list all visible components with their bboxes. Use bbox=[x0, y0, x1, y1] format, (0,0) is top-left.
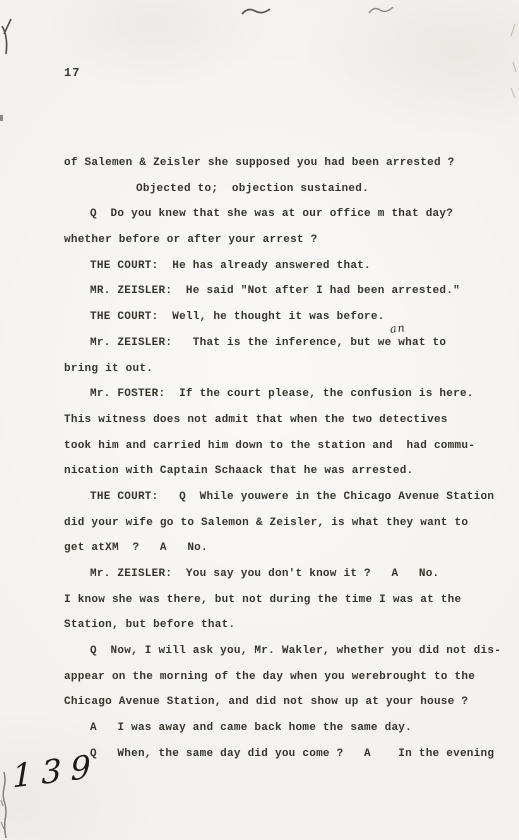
transcript-line-text: Q When, the same day did you come ? A In… bbox=[90, 748, 494, 760]
transcript-line: Mr. ZEISLER: That is the inference, but … bbox=[90, 331, 484, 357]
transcript-line: did your wife go to Salemon & Zeisler, i… bbox=[64, 511, 484, 537]
ink-faint-right-edge bbox=[505, 22, 519, 102]
transcript-line: get atXM ? A No. bbox=[64, 536, 484, 562]
transcript-line: Q Do you knew that she was at our office… bbox=[90, 202, 484, 228]
transcript-line-text: appear on the morning of the day when yo… bbox=[64, 671, 475, 683]
transcript-line-text: This witness does not admit that when th… bbox=[64, 414, 448, 426]
ink-mark-top-left bbox=[0, 18, 14, 56]
scanned-document-page: 17 of Salemen & Zeisler she supposed you… bbox=[0, 0, 519, 840]
transcript-line-text: Mr. ZEISLER: That is the inference, but … bbox=[90, 337, 446, 349]
transcript-line-text: Chicago Avenue Station, and did not show… bbox=[64, 696, 468, 708]
transcript-line: This witness does not admit that when th… bbox=[64, 408, 484, 434]
transcript-line: MR. ZEISLER: He said "Not after I had be… bbox=[90, 279, 484, 305]
transcript-line-text: THE COURT: He has already answered that. bbox=[90, 260, 371, 272]
transcript-line-text: took him and carried him down to the sta… bbox=[64, 440, 475, 452]
transcript-line: Q When, the same day did you come ? A In… bbox=[90, 742, 484, 768]
transcript-line: bring it out. bbox=[64, 357, 484, 383]
transcript-line-text: I know she was there, but not during the… bbox=[64, 594, 461, 606]
transcript-line-text: Mr. FOSTER: If the court please, the con… bbox=[90, 388, 474, 400]
ink-squiggle-top-center bbox=[241, 7, 271, 19]
handwritten-correction: an bbox=[390, 323, 407, 335]
ink-scratches-bottom-left bbox=[0, 770, 10, 840]
ink-speck-left bbox=[0, 115, 3, 121]
transcript-line: THE COURT: He has already answered that. bbox=[90, 254, 484, 280]
transcript-line: took him and carried him down to the sta… bbox=[64, 434, 484, 460]
transcript-line-text: nication with Captain Schaack that he wa… bbox=[64, 465, 413, 477]
transcript-line-text: Station, but before that. bbox=[64, 619, 235, 631]
transcript-line: nication with Captain Schaack that he wa… bbox=[64, 459, 484, 485]
transcript-line-text: Q Do you knew that she was at our office… bbox=[90, 208, 453, 220]
transcript-line: appear on the morning of the day when yo… bbox=[64, 665, 484, 691]
transcript-line: of Salemen & Zeisler she supposed you ha… bbox=[64, 151, 484, 177]
transcript-line: Q Now, I will ask you, Mr. Wakler, wheth… bbox=[90, 639, 484, 665]
transcript-line: Objected to; objection sustained. bbox=[136, 177, 484, 203]
transcript-line-text: THE COURT: Well, he thought it was befor… bbox=[90, 311, 385, 323]
transcript-line: Mr. FOSTER: If the court please, the con… bbox=[90, 382, 484, 408]
transcript-line: whether before or after your arrest ? bbox=[64, 228, 484, 254]
transcript-line-text: get atXM ? A No. bbox=[64, 542, 208, 554]
transcript-line-text: Q Now, I will ask you, Mr. Wakler, wheth… bbox=[90, 645, 501, 657]
transcript-line-text: THE COURT: Q While youwere in the Chicag… bbox=[90, 491, 494, 503]
transcript-line-text: bring it out. bbox=[64, 363, 153, 375]
page-number: 17 bbox=[64, 66, 80, 80]
transcript: of Salemen & Zeisler she supposed you ha… bbox=[64, 151, 484, 768]
transcript-line-text: of Salemen & Zeisler she supposed you ha… bbox=[64, 157, 455, 169]
transcript-line-text: whether before or after your arrest ? bbox=[64, 234, 318, 246]
transcript-line: Chicago Avenue Station, and did not show… bbox=[64, 690, 484, 716]
transcript-line-text: MR. ZEISLER: He said "Not after I had be… bbox=[90, 285, 460, 297]
transcript-line: THE COURT: Q While youwere in the Chicag… bbox=[90, 485, 484, 511]
transcript-line-text: A I was away and came back home the same… bbox=[90, 722, 412, 734]
transcript-line-text: Mr. ZEISLER: You say you don't know it ?… bbox=[90, 568, 439, 580]
transcript-line-text: Objected to; objection sustained. bbox=[136, 183, 369, 195]
transcript-line: THE COURT: Well, he thought it was befor… bbox=[90, 305, 484, 331]
transcript-line-text: did your wife go to Salemon & Zeisler, i… bbox=[64, 517, 468, 529]
transcript-line: I know she was there, but not during the… bbox=[64, 588, 484, 614]
transcript-line: Mr. ZEISLER: You say you don't know it ?… bbox=[90, 562, 484, 588]
ink-squiggle-top-right bbox=[368, 5, 394, 17]
transcript-line: A I was away and came back home the same… bbox=[90, 716, 484, 742]
transcript-line: Station, but before that. bbox=[64, 613, 484, 639]
handwritten-folio-number: 139 bbox=[12, 747, 100, 796]
